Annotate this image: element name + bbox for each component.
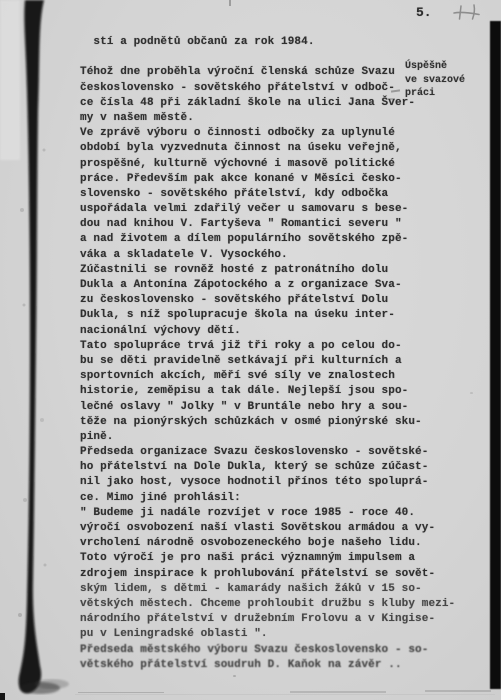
text-line: Dukla, s níž spolupracuje škola na úseku… (80, 308, 455, 323)
handwritten-pencil-mark (451, 2, 483, 24)
text-line: ce čísla 48 při základní škole na ulici … (80, 96, 455, 111)
text-line: ce. Mimo jiné prohlásil: (80, 491, 455, 506)
text-line: uspořádala velmi zdařilý večer u samovar… (80, 202, 455, 217)
text-line: Tato spolupráce trvá již tři roky a po c… (80, 339, 455, 354)
text-line: větského přátelství soudruh D. Kaňok na … (80, 658, 455, 673)
text-line: prospěšné, kulturně výchovné i masově po… (80, 157, 455, 172)
scan-scratch (290, 691, 386, 693)
scan-scratch (75, 694, 495, 695)
text-line: pině. (80, 430, 455, 445)
text-line: větských městech. Chceme prohloubit druž… (80, 597, 455, 612)
text-line: sportovních akcích, měří své síly ve zna… (80, 369, 455, 384)
text-line: těže na pionýrských schůzkách v osmé pio… (80, 415, 455, 430)
scan-speck (229, 0, 231, 6)
text-line: Předseda městského výboru Svazu českoslo… (80, 643, 455, 658)
text-line: stí a podnětů občanů za rok 1984. (80, 35, 455, 50)
text-line: pu v Leningradské oblasti ". (80, 627, 455, 642)
text-line: slovensko - sovětského přátelství, kdy o… (80, 187, 455, 202)
scan-scratch (425, 690, 491, 692)
text-line: " Budeme ji nadále rozvíjet v roce 1985 … (80, 506, 455, 521)
text-line: zdrojem inspirace k prohlubování přátels… (80, 567, 455, 582)
text-line: nacionální výchovy dětí. (80, 324, 455, 339)
text-line: československo - sovětského přátelství v… (80, 81, 455, 96)
scan-edge-right-artifact (490, 21, 501, 689)
text-line: ho přátelství na Dole Dukla, který se sc… (80, 460, 455, 475)
text-line: lečné oslavy " Jolky " v Bruntále nebo h… (80, 400, 455, 415)
text-line: vrcholení národně osvobozeneckého boje n… (80, 536, 455, 551)
text-line: historie, zeměpisu a tak dále. Nejlepší … (80, 384, 455, 399)
text-line: Ve zprávě výboru o činnosti odbočky za u… (80, 126, 455, 141)
text-line: Dukla a Antonína Zápotockého a z organiz… (80, 278, 455, 293)
text-line: zu československo - sovětského přátelstv… (80, 293, 455, 308)
scan-scratch (78, 692, 164, 693)
text-line (80, 50, 455, 65)
text-line: váka a skladatele V. Vysockého. (80, 248, 455, 263)
text-line: výročí osvobození naší vlasti Sovětskou … (80, 521, 455, 536)
text-line: nil jako host, vysoce hodnotil přínos té… (80, 475, 455, 490)
text-line: dou nad knihou V. Fartyševa " Romantici … (80, 217, 455, 232)
text-line: období byla vyzvednuta činnost na úseku … (80, 141, 455, 156)
scan-edge-left-artifact (0, 0, 75, 700)
text-line: Téhož dne proběhla výroční členská schůz… (80, 65, 455, 80)
text-line: národního přátelství v družebním Frolovu… (80, 612, 455, 627)
text-line: bu se děti pravidelně setkávají při kult… (80, 354, 455, 369)
text-line: Předseda organizace Svazu československo… (80, 445, 455, 460)
document-text: stí a podnětů občanů za rok 1984.Téhož d… (80, 35, 455, 673)
text-line: ským lidem, s dětmi - kamarády našich žá… (80, 582, 455, 597)
scanned-document-page: 5. Úspěšněve svazovépráci stí a podnětů … (0, 0, 501, 700)
scan-speck (470, 392, 473, 394)
text-line: Zúčastnili se rovněž hosté z patronátníh… (80, 263, 455, 278)
text-line: Toto výročí je pro naši práci významným … (80, 551, 455, 566)
scan-corner-artifact (0, 693, 5, 700)
scan-speck (233, 675, 236, 677)
text-line: a nad životem a dílem populárního sověts… (80, 232, 455, 247)
text-line: my v našem městě. (80, 111, 455, 126)
page-number: 5. (416, 5, 432, 20)
text-line: práce. Především pak akce konané v Měsíc… (80, 172, 455, 187)
